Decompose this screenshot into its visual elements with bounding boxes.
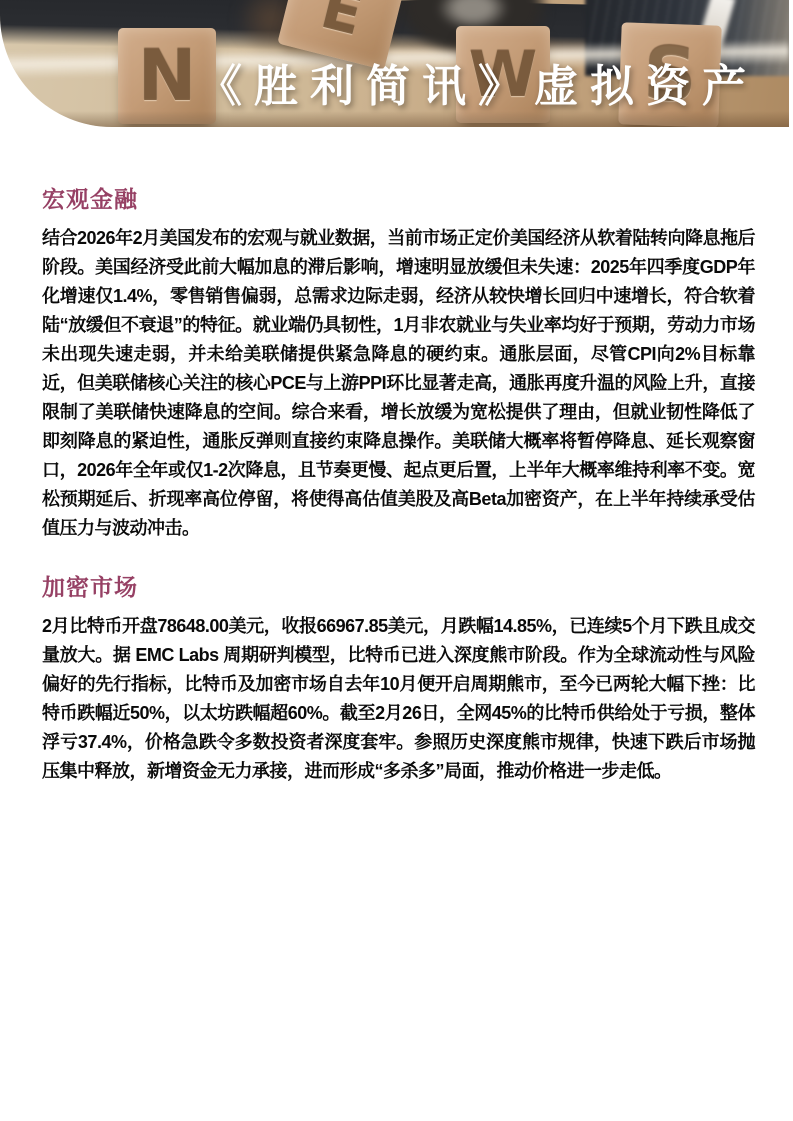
block-letter: N <box>138 35 197 117</box>
header-photo: N E W S 《胜利简讯》虚拟资产 <box>0 0 789 127</box>
section-heading-crypto-market: 加密市场 <box>42 569 755 602</box>
section-body-crypto-market: 2月比特币开盘78648.00美元，收报66967.85美元，月跌幅14.85%… <box>42 612 755 786</box>
page-content: 宏观金融 结合2026年2月美国发布的宏观与就业数据，当前市场正定价美国经济从软… <box>0 181 793 786</box>
section-body-macro-finance: 结合2026年2月美国发布的宏观与就业数据，当前市场正定价美国经济从软着陆转向降… <box>42 224 755 543</box>
block-letter: E <box>315 0 370 49</box>
section-heading-macro-finance: 宏观金融 <box>42 181 755 214</box>
newsletter-page: N E W S 《胜利简讯》虚拟资产 宏观金融 结合2026年2月美国发布的宏观… <box>0 0 793 1121</box>
section-crypto-market: 加密市场 2月比特币开盘78648.00美元，收报66967.85美元，月跌幅1… <box>42 569 755 786</box>
section-macro-finance: 宏观金融 结合2026年2月美国发布的宏观与就业数据，当前市场正定价美国经济从软… <box>42 181 755 543</box>
newsletter-title: 《胜利简讯》虚拟资产 <box>198 50 758 114</box>
